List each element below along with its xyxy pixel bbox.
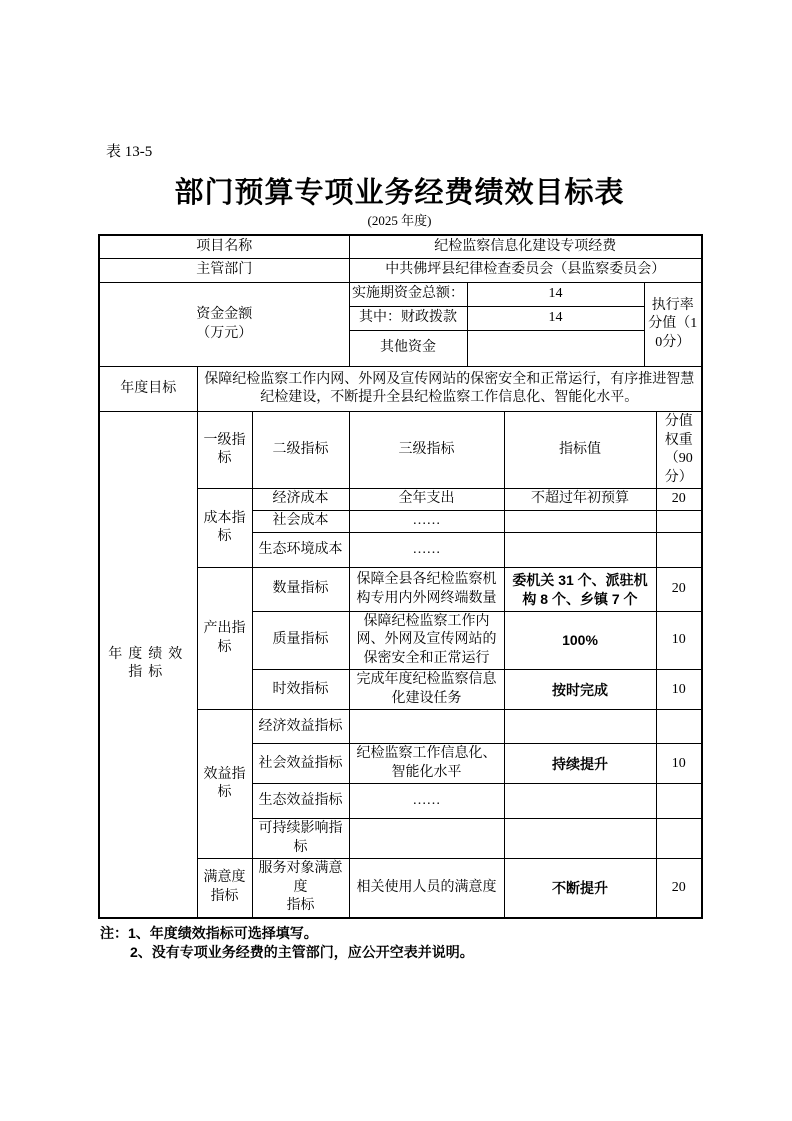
table-row: 年度目标 保障纪检监察工作内网、外网及宣传网站的保密安全和正常运行，有序推进智慧… bbox=[99, 367, 702, 412]
weight-cell: 10 bbox=[656, 612, 702, 670]
value-cell: 持续提升 bbox=[504, 744, 656, 784]
table-row: 项目名称 纪检监察信息化建设专项经费 bbox=[99, 235, 702, 259]
project-name-value-cell: 纪检监察信息化建设专项经费 bbox=[349, 235, 702, 259]
l3-cell: 完成年度纪检监察信息化建设任务 bbox=[349, 670, 504, 710]
document-body: 表 13-5 部门预算专项业务经费绩效目标表 (2025 年度) 项目名称 纪检… bbox=[98, 143, 701, 962]
funding-total-label-cell: 实施期资金总额： bbox=[349, 283, 467, 307]
l3-cell: 保障纪检监察工作内网、外网及宣传网站的保密安全和正常运行 bbox=[349, 612, 504, 670]
satisfaction-group-label-cell: 满意度指标 bbox=[197, 859, 252, 918]
l2-cell: 可持续影响指标 bbox=[252, 819, 349, 859]
l3-cell: …… bbox=[349, 533, 504, 568]
funding-other-value-cell bbox=[467, 331, 644, 367]
department-value-cell: 中共佛坪县纪律检查委员会（县监察委员会） bbox=[349, 259, 702, 283]
header-level3-cell: 三级指标 bbox=[349, 412, 504, 489]
funding-total-value-cell: 14 bbox=[467, 283, 644, 307]
l2-cell: 质量指标 bbox=[252, 612, 349, 670]
annual-goal-label-cell: 年度目标 bbox=[99, 367, 197, 412]
l3-cell: 保障全县各纪检监察机构专用内外网终端数量 bbox=[349, 568, 504, 612]
weight-cell: 20 bbox=[656, 568, 702, 612]
l2-cell: 经济效益指标 bbox=[252, 710, 349, 744]
l3-cell: …… bbox=[349, 511, 504, 533]
l2-cell: 生态环境成本 bbox=[252, 533, 349, 568]
footnote-line: 2、没有专项业务经费的主管部门，应公开空表并说明。 bbox=[98, 943, 701, 962]
l2-cell: 社会成本 bbox=[252, 511, 349, 533]
l2-cell: 生态效益指标 bbox=[252, 784, 349, 819]
document-subtitle: (2025 年度) bbox=[98, 213, 701, 230]
performance-section-label-cell: 年度绩效指标 bbox=[99, 412, 197, 918]
l2-cell: 服务对象满意度 指标 bbox=[252, 859, 349, 918]
value-cell: 不超过年初预算 bbox=[504, 489, 656, 511]
value-cell bbox=[504, 784, 656, 819]
value-cell bbox=[504, 710, 656, 744]
value-cell bbox=[504, 819, 656, 859]
header-weight-cell: 分值权重（90分） bbox=[656, 412, 702, 489]
funding-fiscal-value-cell: 14 bbox=[467, 307, 644, 331]
weight-cell bbox=[656, 511, 702, 533]
l3-cell bbox=[349, 710, 504, 744]
weight-cell: 20 bbox=[656, 489, 702, 511]
document-title: 部门预算专项业务经费绩效目标表 bbox=[98, 175, 701, 211]
weight-cell: 10 bbox=[656, 744, 702, 784]
weight-cell bbox=[656, 533, 702, 568]
project-name-label-cell: 项目名称 bbox=[99, 235, 349, 259]
table-number-label: 表 13-5 bbox=[106, 143, 701, 163]
footnotes: 注：1、年度绩效指标可选择填写。 2、没有专项业务经费的主管部门，应公开空表并说… bbox=[98, 924, 701, 963]
l3-cell: 相关使用人员的满意度 bbox=[349, 859, 504, 918]
weight-cell bbox=[656, 710, 702, 744]
benefit-group-label-cell: 效益指标 bbox=[197, 710, 252, 859]
output-group-label-cell: 产出指标 bbox=[197, 568, 252, 710]
header-level1-cell: 一级指标 bbox=[197, 412, 252, 489]
value-cell bbox=[504, 511, 656, 533]
table-row: 年度绩效指标 一级指标 二级指标 三级指标 指标值 分值权重（90分） bbox=[99, 412, 702, 489]
l2-cell: 经济成本 bbox=[252, 489, 349, 511]
l2-cell: 时效指标 bbox=[252, 670, 349, 710]
l2-cell: 数量指标 bbox=[252, 568, 349, 612]
value-cell: 按时完成 bbox=[504, 670, 656, 710]
cost-group-label-cell: 成本指标 bbox=[197, 489, 252, 568]
value-cell: 委机关 31 个、派驻机构 8 个、乡镇 7 个 bbox=[504, 568, 656, 612]
document-page: 表 13-5 部门预算专项业务经费绩效目标表 (2025 年度) 项目名称 纪检… bbox=[0, 0, 792, 1121]
weight-cell bbox=[656, 819, 702, 859]
funding-other-label-cell: 其他资金 bbox=[349, 331, 467, 367]
weight-cell bbox=[656, 784, 702, 819]
header-value-cell: 指标值 bbox=[504, 412, 656, 489]
footnote-line: 注：1、年度绩效指标可选择填写。 bbox=[98, 924, 701, 943]
value-cell: 100% bbox=[504, 612, 656, 670]
annual-goal-text-cell: 保障纪检监察工作内网、外网及宣传网站的保密安全和正常运行，有序推进智慧纪检建设，… bbox=[197, 367, 702, 412]
department-label-cell: 主管部门 bbox=[99, 259, 349, 283]
execution-rate-score-cell: 执行率分值（10分） bbox=[644, 283, 702, 367]
value-cell: 不断提升 bbox=[504, 859, 656, 918]
l3-cell: 全年支出 bbox=[349, 489, 504, 511]
l3-cell bbox=[349, 819, 504, 859]
l3-cell: 纪检监察工作信息化、智能化水平 bbox=[349, 744, 504, 784]
funding-label-cell: 资金金额 （万元） bbox=[99, 283, 349, 367]
value-cell bbox=[504, 533, 656, 568]
table-row: 资金金额 （万元） 实施期资金总额： 14 执行率分值（10分） bbox=[99, 283, 702, 307]
table-row: 主管部门 中共佛坪县纪律检查委员会（县监察委员会） bbox=[99, 259, 702, 283]
performance-target-table: 项目名称 纪检监察信息化建设专项经费 主管部门 中共佛坪县纪律检查委员会（县监察… bbox=[98, 234, 703, 919]
header-level2-cell: 二级指标 bbox=[252, 412, 349, 489]
weight-cell: 10 bbox=[656, 670, 702, 710]
weight-cell: 20 bbox=[656, 859, 702, 918]
funding-fiscal-label-cell: 其中：财政拨款 bbox=[349, 307, 467, 331]
l2-cell: 社会效益指标 bbox=[252, 744, 349, 784]
l3-cell: …… bbox=[349, 784, 504, 819]
